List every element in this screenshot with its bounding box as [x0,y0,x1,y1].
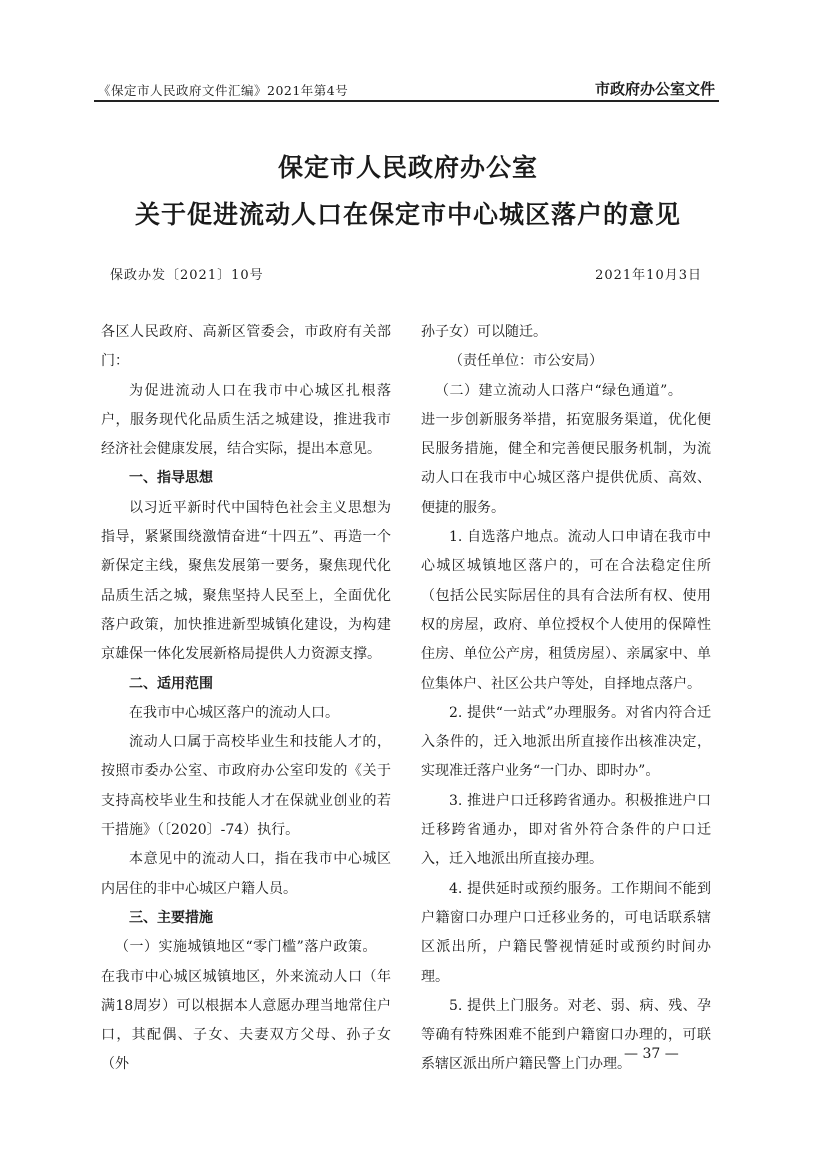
measure-3: 3. 推进户口迁移跨省通办。积极推进户口迁移跨省通办，即对省外符合条件的户口迁入… [421,787,711,875]
scope-paragraph: 在我市中心城区落户的流动人口。 [101,699,391,728]
section-heading-2: 二、适用范围 [101,670,391,699]
salutation: 各区人民政府、高新区管委会，市政府有关部门： [101,318,391,377]
document-title-line2: 关于促进流动人口在保定市中心城区落户的意见 [0,195,816,231]
document-title-line1: 保定市人民政府办公室 [0,148,816,184]
page-number: — 37 — [624,1046,679,1062]
zero-threshold-paragraph: 在我市中心城区城镇地区，外来流动人口（年满18周岁）可以根据本人意愿办理当地常住… [101,963,391,1080]
guiding-ideology-paragraph: 以习近平新时代中国特色社会主义思想为指导，紧紧围绕激情奋进“十四五”、再造一个新… [101,494,391,670]
subsection-heading-2: （二）建立流动人口落户“绿色通道”。 [421,377,711,406]
intro-paragraph: 为促进流动人口在我市中心城区扎根落户，服务现代化品质生活之城建设，推进我市经济社… [101,377,391,465]
document-number: 保政办发〔2021〕10号 [110,264,264,283]
continued-text: 孙子女）可以随迁。 [421,318,711,347]
right-column: 孙子女）可以随迁。 （责任单位：市公安局） （二）建立流动人口落户“绿色通道”。… [421,318,711,1080]
section-heading-1: 一、指导思想 [101,464,391,493]
running-header: 《保定市人民政府文件汇编》2021年第4号 市政府办公室文件 [98,78,718,100]
scope-talent-paragraph: 流动人口属于高校毕业生和技能人才的，按照市委办公室、市政府办公室印发的《关于支持… [101,728,391,845]
measure-4: 4. 提供延时或预约服务。工作期间不能到户籍窗口办理户口迁移业务的，可电话联系辖… [421,875,711,992]
header-rule [94,100,719,102]
responsible-unit: （责任单位：市公安局） [421,347,711,376]
measure-5: 5. 提供上门服务。对老、弱、病、残、孕等确有特殊困难不能到户籍窗口办理的，可联… [421,992,711,1080]
section-heading-3: 三、主要措施 [101,904,391,933]
publication-title: 《保定市人民政府文件汇编》2021年第4号 [98,81,348,99]
measure-1: 1. 自选落户地点。流动人口申请在我市中心城区城镇地区落户的，可在合法稳定住所（… [421,523,711,699]
green-channel-paragraph: 进一步创新服务举措，拓宽服务渠道，优化便民服务措施，健全和完善便民服务机制，为流… [421,406,711,523]
document-category: 市政府办公室文件 [595,78,715,99]
left-column: 各区人民政府、高新区管委会，市政府有关部门： 为促进流动人口在我市中心城区扎根落… [101,318,391,1080]
subsection-heading-1: （一）实施城镇地区“零门槛”落户政策。 [101,933,391,962]
measure-2: 2. 提供“一站式”办理服务。对省内符合迁入条件的，迁入地派出所直接作出核准决定… [421,699,711,787]
scope-definition-paragraph: 本意见中的流动人口，指在我市中心城区内居住的非中心城区户籍人员。 [101,845,391,904]
document-date: 2021年10月3日 [595,264,702,283]
